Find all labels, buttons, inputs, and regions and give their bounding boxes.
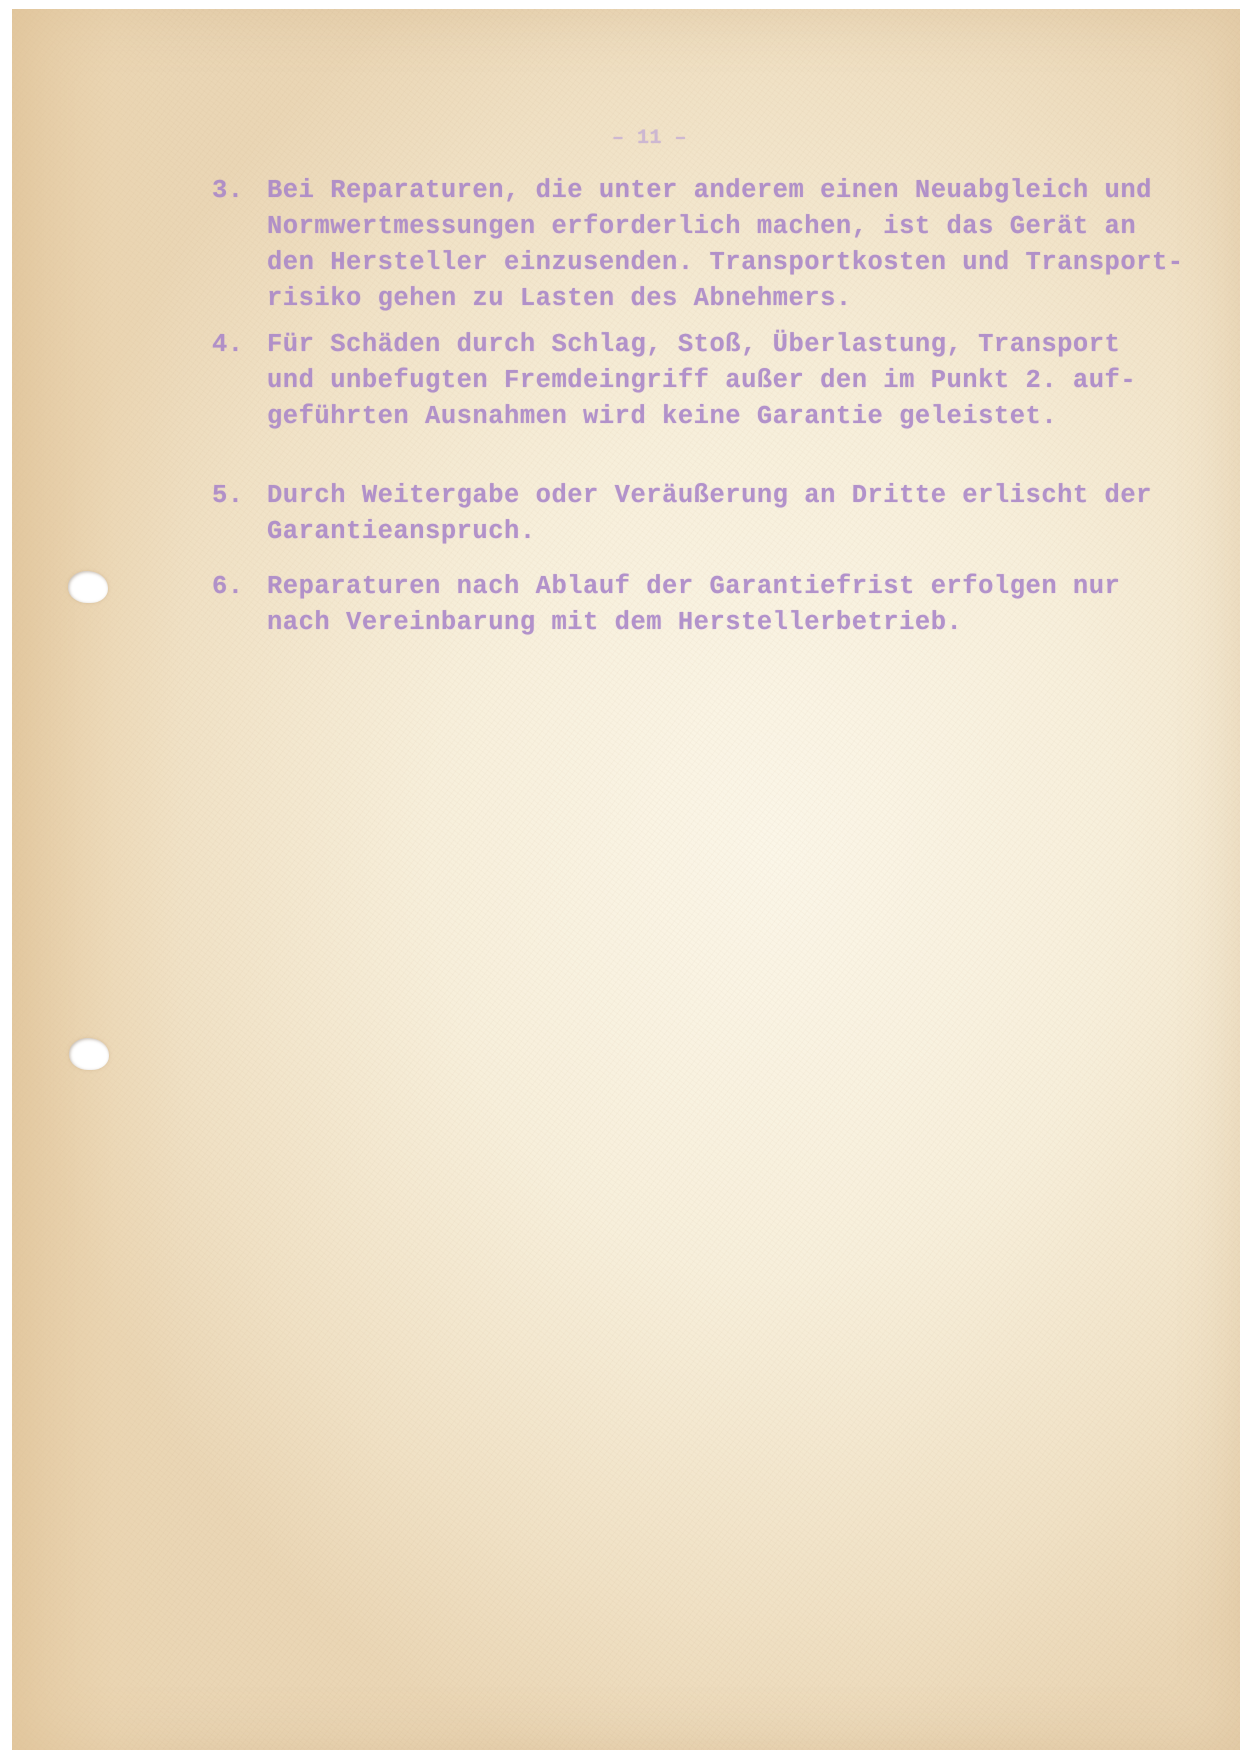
- list-item: 5. Durch Weitergabe oder Veräußerung an …: [212, 478, 1172, 550]
- item-line: den Hersteller einzusenden. Transportkos…: [212, 245, 1172, 281]
- item-number: 5.: [212, 478, 252, 514]
- item-line: Reparaturen nach Ablauf der Garantiefris…: [212, 569, 1172, 605]
- list-item: 6. Reparaturen nach Ablauf der Garantief…: [212, 569, 1172, 641]
- item-number: 6.: [212, 569, 252, 605]
- item-line: geführten Ausnahmen wird keine Garantie …: [212, 399, 1172, 435]
- punch-hole: [68, 571, 108, 603]
- list-item: 4. Für Schäden durch Schlag, Stoß, Überl…: [212, 327, 1172, 435]
- document-page: – 11 – 3. Bei Reparaturen, die unter and…: [12, 9, 1240, 1750]
- list-item: 3. Bei Reparaturen, die unter anderem ei…: [212, 173, 1172, 317]
- item-number: 4.: [212, 327, 252, 363]
- punch-hole: [69, 1038, 109, 1070]
- item-line: Für Schäden durch Schlag, Stoß, Überlast…: [212, 327, 1172, 363]
- item-line: risiko gehen zu Lasten des Abnehmers.: [212, 281, 1172, 317]
- paper-stain: [12, 9, 182, 1750]
- item-line: Bei Reparaturen, die unter anderem einen…: [212, 173, 1172, 209]
- page-number: – 11 –: [612, 127, 687, 150]
- item-line: Durch Weitergabe oder Veräußerung an Dri…: [212, 478, 1172, 514]
- item-line: Normwertmessungen erforderlich machen, i…: [212, 209, 1172, 245]
- item-line: und unbefugten Fremdeingriff außer den i…: [212, 363, 1172, 399]
- item-line: Garantieanspruch.: [212, 514, 1172, 550]
- item-number: 3.: [212, 173, 252, 209]
- item-line: nach Vereinbarung mit dem Herstellerbetr…: [212, 605, 1172, 641]
